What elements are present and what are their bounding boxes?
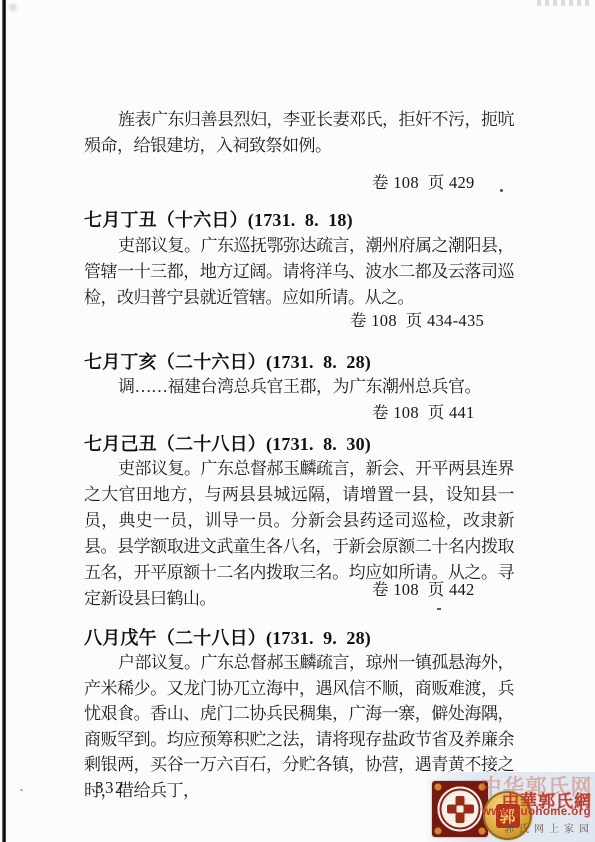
- citation: 卷 108 页 442: [372, 576, 475, 600]
- ink-speck: [20, 789, 23, 791]
- entry-body: 调……福建台湾总兵官王郡，为广东潮州总兵官。: [84, 374, 514, 400]
- entry-heading: 七月丁丑（十六日）(1731. 8. 18): [84, 206, 353, 232]
- entry-heading: 八月戊午（二十八日）(1731. 9. 28): [84, 624, 371, 650]
- watermark-site-url: www.guohome.org: [482, 806, 591, 818]
- scanned-book-page: 旌表广东归善县烈妇，李亚长妻邓氏，拒奸不污，扼吭殒命，给银建坊，入祠致祭如例。 …: [0, 0, 595, 842]
- scan-artifact: [537, 0, 589, 6]
- scan-artifact: [7, 2, 19, 13]
- watermark-tagline: 郭氏网上家园: [504, 820, 594, 835]
- entry-heading: 七月己丑（二十八日）(1731. 8. 30): [84, 430, 371, 456]
- knot-emblem-icon: [447, 796, 474, 823]
- entry-body: 吏部议复。广东巡抚鄂弥达疏言，潮州府属之潮阳县，管辖一十三都，地方辽阔。请将洋乌…: [84, 233, 514, 311]
- page-number: 332: [95, 778, 125, 798]
- citation: 卷 108 页 441: [372, 399, 475, 423]
- entry-heading: 七月丁亥（二十六日）(1731. 8. 28): [84, 348, 371, 374]
- scan-spine-edge: [2, 0, 6, 842]
- citation: 卷 108 页 434-435: [350, 307, 484, 331]
- watermark-guoshi-site: 郭 中华郭氏网 中華郭氏網 www.guohome.org 郭氏网上家园: [425, 772, 595, 842]
- page-content: 旌表广东归善县烈妇，李亚长妻邓氏，拒奸不污，扼吭殒命，给银建坊，入祠致祭如例。 …: [84, 0, 514, 842]
- entry-body: 旌表广东归善县烈妇，李亚长妻邓氏，拒奸不污，扼吭殒命，给银建坊，入祠致祭如例。: [84, 107, 514, 159]
- seal-inner-circle: [438, 787, 483, 832]
- citation: 卷 108 页 429: [372, 169, 475, 193]
